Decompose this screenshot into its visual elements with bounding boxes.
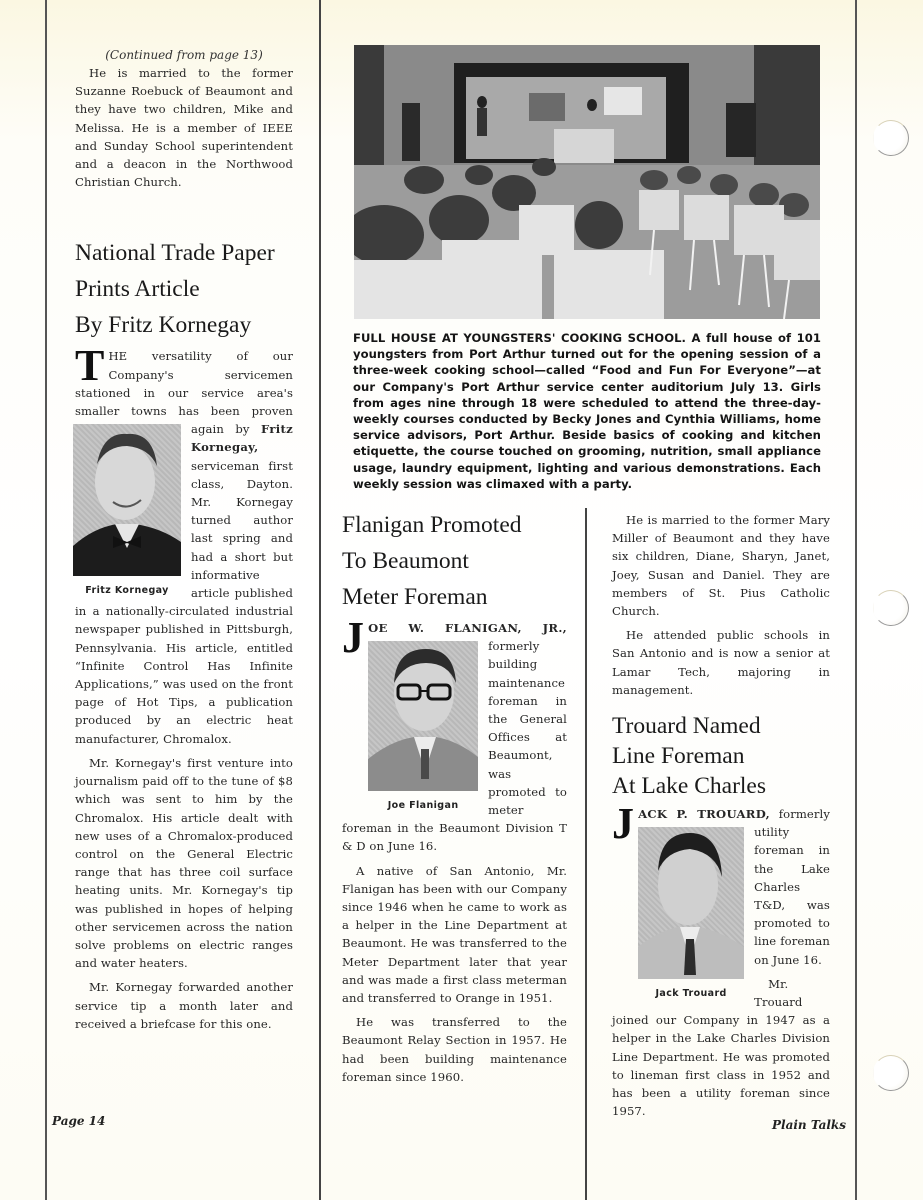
headline-line: Line Foreman	[612, 741, 830, 771]
drop-cap: J	[342, 621, 364, 655]
trouard-headline: Trouard Named Line Foreman At Lake Charl…	[612, 711, 830, 801]
punch-hole-middle	[873, 590, 909, 626]
flanigan-lead-paragraph: J OE W. FLANIGAN, JR., Joe Flanigan	[342, 619, 567, 856]
caption-text: A full house of 101 youngsters from Port…	[353, 331, 821, 491]
continued-paragraph: He is married to the former Suzanne Roeb…	[75, 64, 293, 191]
lead-text: formerly utility foreman in the Lake Cha…	[754, 807, 830, 967]
trouard-lead-paragraph: J ACK P. TROUARD, Jack Trouard formerly …	[612, 805, 830, 969]
drop-cap: T	[75, 349, 104, 383]
flanigan-portrait-photo	[368, 641, 478, 791]
headline-line: Flanigan Promoted	[342, 507, 567, 543]
body-paragraph: A native of San Antonio, Mr. Flanigan ha…	[342, 862, 567, 1008]
center-column-rule	[319, 0, 321, 1200]
headline-line: Trouard Named	[612, 711, 830, 741]
headline-line: To Beaumont	[342, 543, 567, 579]
flanigan-headline: Flanigan Promoted To Beaumont Meter Fore…	[342, 507, 567, 615]
kornegay-lead-paragraph: T HE versatility of our Company's servic…	[75, 347, 293, 747]
right-margin-rule	[855, 0, 857, 1200]
right-column: He is married to the former Mary Miller …	[612, 511, 830, 1126]
trouard-photo-block: Jack Trouard	[638, 827, 744, 1003]
kornegay-portrait-photo	[73, 424, 181, 576]
lead-bold-name: OE W. FLANIGAN, JR.,	[368, 621, 567, 635]
flanigan-column: Flanigan Promoted To Beaumont Meter Fore…	[342, 507, 567, 1092]
body-paragraph: Mr. Kornegay's first venture into journa…	[75, 754, 293, 972]
punch-hole-bottom	[873, 1055, 909, 1091]
page-number: Page 14	[52, 1114, 105, 1128]
publication-name: Plain Talks	[772, 1118, 846, 1132]
headline-line: National Trade Paper	[75, 235, 293, 271]
body-paragraph: Mr. Kornegay forwarded another service t…	[75, 978, 293, 1033]
headline-line: Meter Foreman	[342, 579, 567, 615]
headline-line: By Fritz Kornegay	[75, 307, 293, 343]
punch-hole-top	[873, 120, 909, 156]
caption-title: FULL HOUSE AT YOUNGSTERS' COOKING SCHOOL…	[353, 331, 686, 345]
body-paragraph: He was transferred to the Beaumont Relay…	[342, 1013, 567, 1086]
lower-column-rule	[585, 508, 587, 1200]
lead-bold-name: ACK P. TROUARD,	[638, 807, 770, 821]
cooking-school-photo	[354, 45, 820, 319]
drop-cap: J	[612, 807, 634, 841]
headline-line: At Lake Charles	[612, 771, 830, 801]
headline-line: Prints Article	[75, 271, 293, 307]
flanigan-photo-block: Joe Flanigan	[368, 641, 478, 815]
kornegay-article-body: T HE versatility of our Company's servic…	[75, 347, 293, 1033]
kornegay-photo-caption: Fritz Kornegay	[73, 582, 181, 600]
kornegay-photo-block: Fritz Kornegay	[73, 424, 181, 600]
trouard-portrait-photo	[638, 827, 744, 979]
left-margin-rule	[45, 0, 47, 1200]
flanigan-article-body: J OE W. FLANIGAN, JR., Joe Flanigan	[342, 619, 567, 1086]
left-column: (Continued from page 13) He is married t…	[75, 48, 293, 1039]
continued-text: He is married to the former Suzanne Roeb…	[75, 64, 293, 191]
flanigan-photo-caption: Joe Flanigan	[368, 797, 478, 815]
flanigan-continuation: He is married to the former Mary Miller …	[612, 511, 830, 699]
trouard-article-body: J ACK P. TROUARD, Jack Trouard formerly …	[612, 805, 830, 1120]
kornegay-headline: National Trade Paper Prints Article By F…	[75, 235, 293, 343]
continued-label: (Continued from page 13)	[75, 48, 293, 62]
body-paragraph: He attended public schools in San Antoni…	[612, 626, 830, 699]
trouard-photo-caption: Jack Trouard	[638, 985, 744, 1003]
cooking-school-caption: FULL HOUSE AT YOUNGSTERS' COOKING SCHOOL…	[353, 330, 821, 492]
body-paragraph: He is married to the former Mary Miller …	[612, 511, 830, 620]
lead-after-text: serviceman first class, Dayton.	[191, 459, 293, 491]
